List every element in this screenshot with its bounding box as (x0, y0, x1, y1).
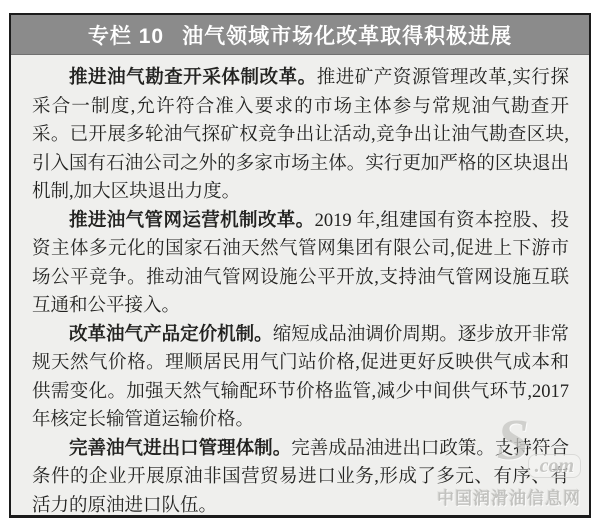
paragraph-2: 推进油气管网运营机制改革。2019 年,组建国有资本控股、投资主体多元化的国家石… (32, 207, 569, 321)
document-page: 专栏 10 油气领域市场化改革取得积极进展 推进油气勘查开采体制改革。推进矿产资… (0, 0, 600, 531)
column-header: 专栏 10 油气领域市场化改革取得积极进展 (11, 15, 589, 55)
paragraph-3-lead: 改革油气产品定价机制。 (69, 325, 273, 345)
paragraph-1: 推进油气勘查开采体制改革。推进矿产资源管理改革,实行探采合一制度,允许符合准入要… (32, 64, 569, 207)
paragraph-2-lead: 推进油气管网运营机制改革。 (69, 211, 315, 231)
paragraph-3: 改革油气产品定价机制。缩短成品油调价周期。逐步放开非常规天然气价格。理顺居民用气… (32, 321, 569, 435)
column-box: 专栏 10 油气领域市场化改革取得积极进展 推进油气勘查开采体制改革。推进矿产资… (9, 13, 591, 518)
paragraph-4: 完善油气进出口管理体制。完善成品油进出口政策。支持符合条件的企业开展原油非国营贸… (32, 435, 569, 516)
column-label: 专栏 10 (88, 20, 164, 50)
column-title: 油气领域市场化改革取得积极进展 (182, 20, 512, 50)
paragraph-1-text: 推进矿产资源管理改革,实行探采合一制度,允许符合准入要求的市场主体参与常规油气勘… (32, 68, 569, 202)
column-body: 推进油气勘查开采体制改革。推进矿产资源管理改革,实行探采合一制度,允许符合准入要… (11, 55, 589, 515)
paragraph-4-lead: 完善油气进出口管理体制。 (69, 439, 291, 459)
paragraph-1-lead: 推进油气勘查开采体制改革。 (69, 68, 317, 88)
